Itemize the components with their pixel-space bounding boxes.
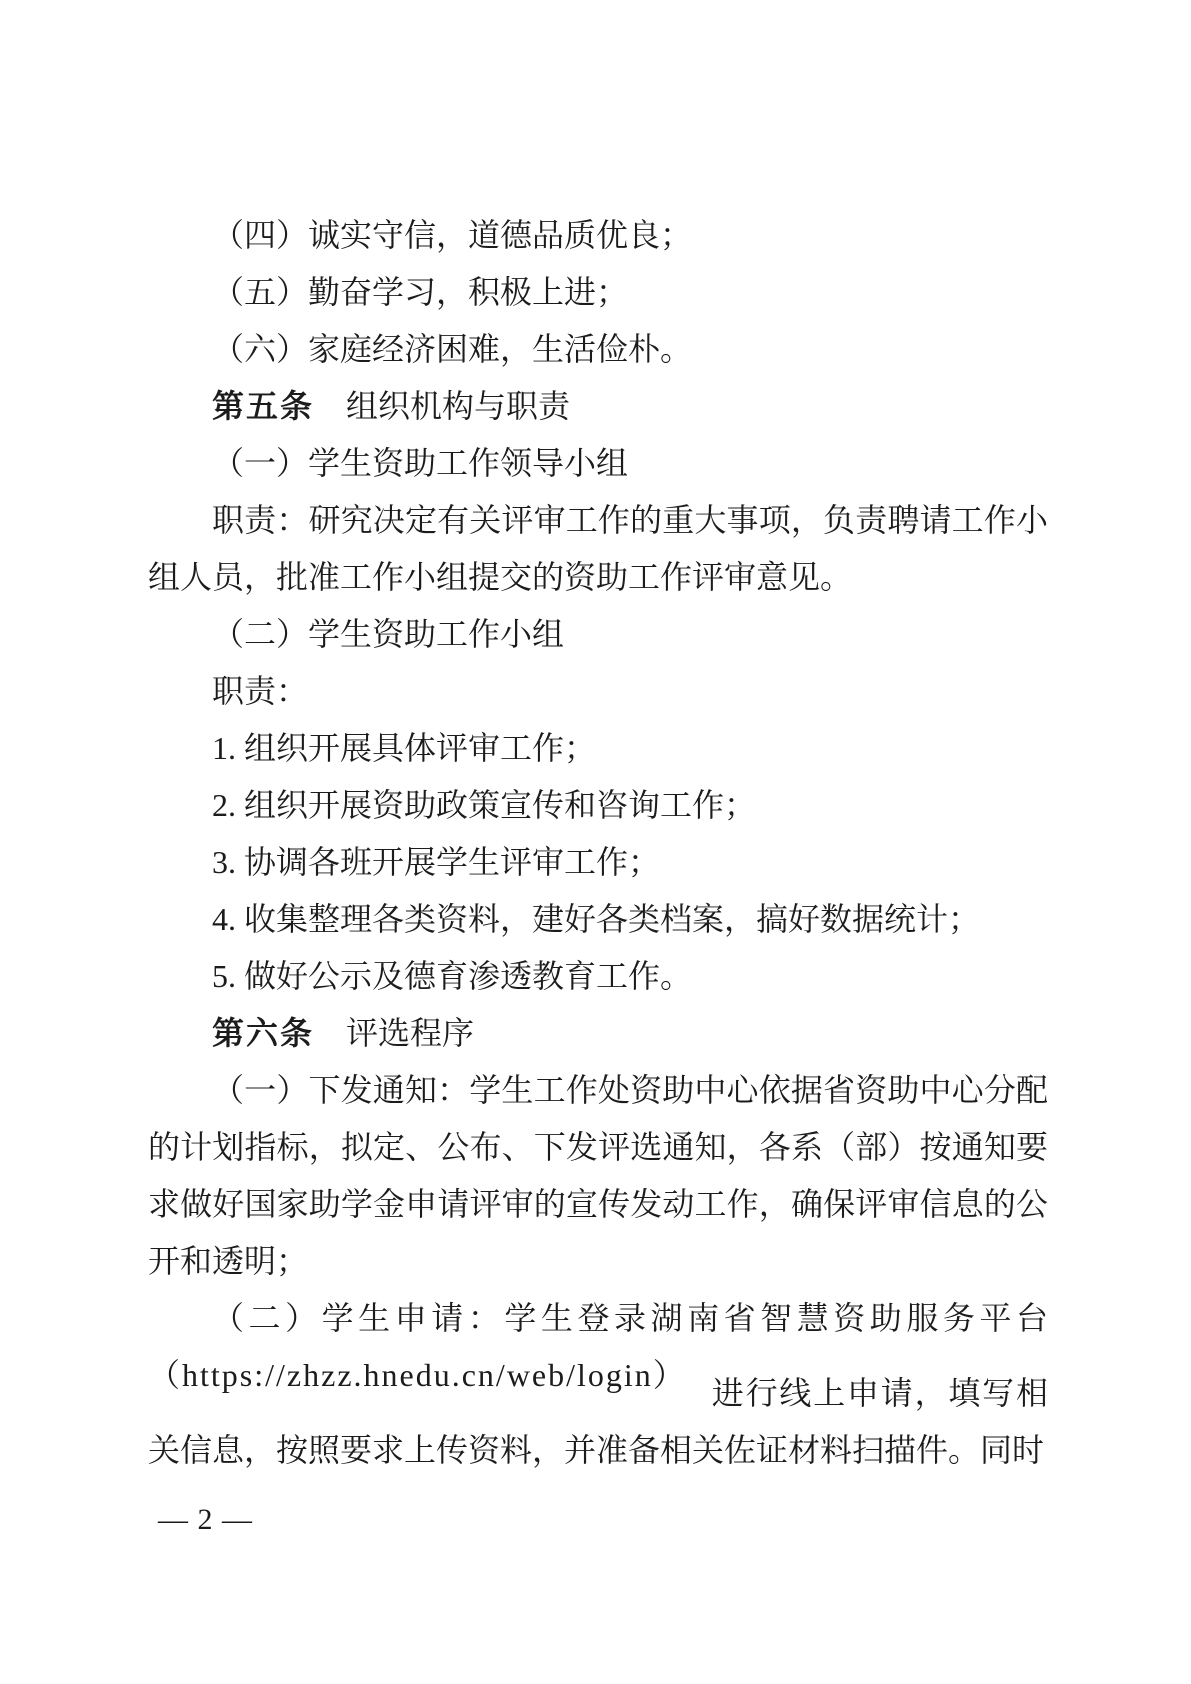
numbered-item: 4. 收集整理各类资料，建好各类档案，搞好数据统计； [148, 891, 1048, 948]
clause-item: （六）家庭经济困难，生活俭朴。 [148, 321, 1048, 378]
article-label: 第五条 [212, 388, 314, 424]
numbered-item: 2. 组织开展资助政策宣传和咨询工作； [148, 777, 1048, 834]
text-run: 2. 组织开展资助政策宣传和咨询工作； [212, 787, 756, 823]
text-run: （一）下发通知：学生工作处资助中心依据省资助中心分配的计划指标，拟定、公布、下发… [148, 1072, 1048, 1279]
text-run: 1. 组织开展具体评审工作； [212, 730, 596, 766]
clause-item: （一）学生资助工作领导小组 [148, 435, 1048, 492]
body-paragraph: 职责：研究决定有关评审工作的重大事项，负责聘请工作小组人员，批准工作小组提交的资… [148, 492, 1048, 606]
article-heading: 第六条评选程序 [148, 1005, 1048, 1062]
url: （https://zhzz.hnedu.cn/web/login） [148, 1347, 710, 1404]
text-run: 职责：研究决定有关评审工作的重大事项，负责聘请工作小组人员，批准工作小组提交的资… [148, 502, 1048, 595]
body-paragraph: 职责： [148, 663, 1048, 720]
text-run: （五）勤奋学习，积极上进； [212, 274, 628, 310]
body-paragraph: （二）学生申请：学生登录湖南省智慧资助服务平台（https://zhzz.hne… [148, 1290, 1048, 1479]
article-label: 第六条 [212, 1015, 314, 1051]
clause-item: （五）勤奋学习，积极上进； [148, 264, 1048, 321]
text-run: （六）家庭经济困难，生活俭朴。 [212, 331, 692, 367]
document-body: （四）诚实守信，道德品质优良；（五）勤奋学习，积极上进；（六）家庭经济困难，生活… [148, 207, 1048, 1479]
text-run: 组织机构与职责 [346, 388, 570, 424]
text-run: 3. 协调各班开展学生评审工作； [212, 844, 660, 880]
numbered-item: 3. 协调各班开展学生评审工作； [148, 834, 1048, 891]
text-run: （二）学生资助工作小组 [212, 616, 564, 652]
text-run: （四）诚实守信，道德品质优良； [212, 217, 692, 253]
numbered-item: 5. 做好公示及德育渗透教育工作。 [148, 948, 1048, 1005]
article-heading: 第五条组织机构与职责 [148, 378, 1048, 435]
numbered-item: 1. 组织开展具体评审工作； [148, 720, 1048, 777]
clause-item: （二）学生资助工作小组 [148, 606, 1048, 663]
text-run: 评选程序 [346, 1015, 474, 1051]
text-run: 5. 做好公示及德育渗透教育工作。 [212, 958, 692, 994]
text-run: 4. 收集整理各类资料，建好各类档案，搞好数据统计； [212, 901, 980, 937]
text-run: （二）学生申请：学生登录湖南省智慧资助服务平台 [212, 1300, 1048, 1336]
document-page: （四）诚实守信，道德品质优良；（五）勤奋学习，积极上进；（六）家庭经济困难，生活… [0, 0, 1191, 1684]
clause-item: （四）诚实守信，道德品质优良； [148, 207, 1048, 264]
text-run: 职责： [212, 673, 308, 709]
body-paragraph: （一）下发通知：学生工作处资助中心依据省资助中心分配的计划指标，拟定、公布、下发… [148, 1062, 1048, 1290]
text-run: （一）学生资助工作领导小组 [212, 445, 628, 481]
page-number: — 2 — [158, 1504, 253, 1536]
